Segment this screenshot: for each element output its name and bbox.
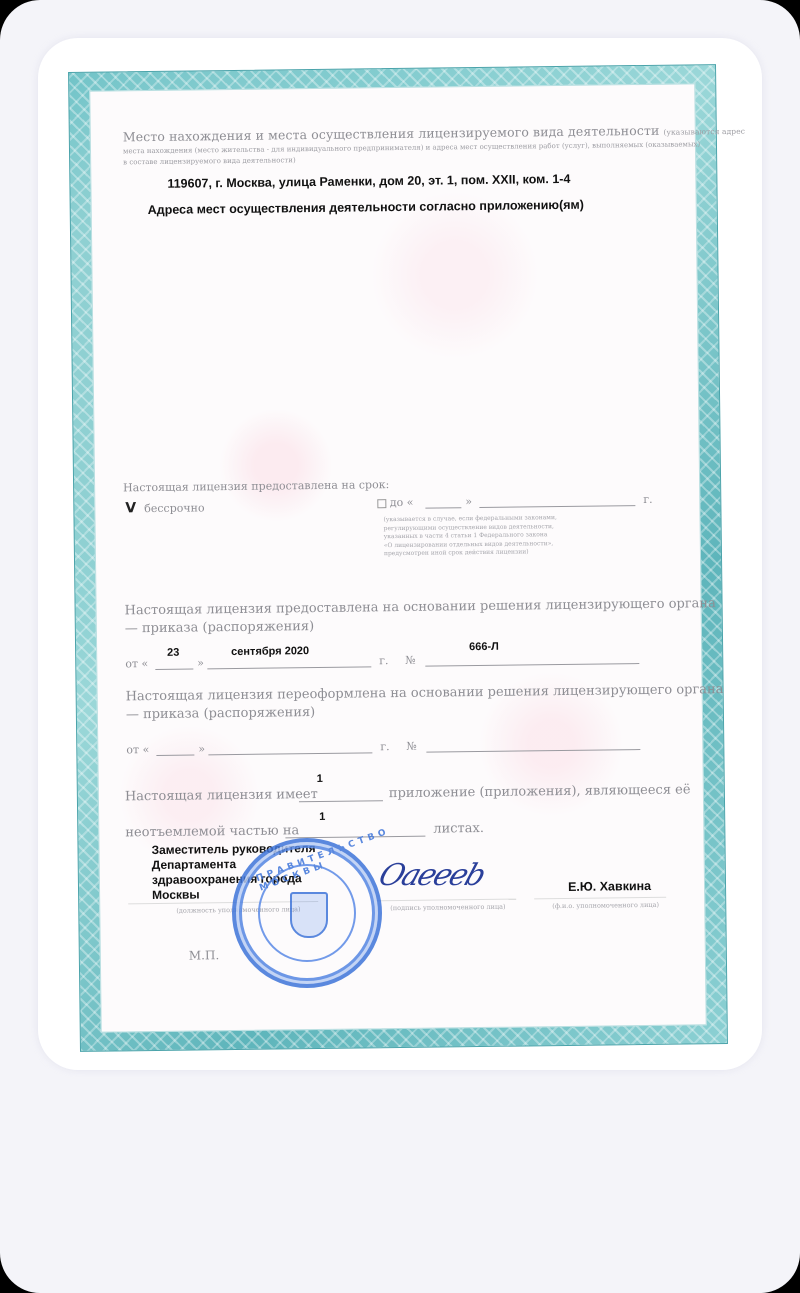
appendix-text-after: приложение (приложения), являющееся её bbox=[389, 782, 691, 801]
reissued-from-label: от « bbox=[126, 743, 149, 756]
reissued-text-line-1: Настоящая лицензия переоформлена на осно… bbox=[126, 682, 724, 704]
term-indefinite-option: V бессрочно bbox=[125, 498, 204, 517]
granted-day: 23 bbox=[167, 647, 179, 659]
seal-label: М.П. bbox=[189, 948, 220, 962]
caption-name: (ф.и.о. уполномоченного лица) bbox=[552, 901, 659, 910]
term-indefinite-label: бессрочно bbox=[144, 501, 205, 515]
signature: Oaeeeb bbox=[374, 858, 488, 893]
granted-month-line bbox=[207, 666, 371, 669]
granted-day-line bbox=[155, 669, 193, 670]
granted-from-label: от « bbox=[125, 657, 148, 670]
reissued-day-line bbox=[156, 755, 194, 756]
reissued-year-suffix: г. bbox=[380, 740, 389, 753]
signatory-name: Е.Ю. Хавкина bbox=[568, 879, 651, 894]
location-heading-note-3: в составе лицензируемого вида деятельнос… bbox=[123, 155, 296, 167]
reissued-text-line-2: — приказа (распоряжения) bbox=[126, 705, 315, 722]
term-until-day-line bbox=[425, 507, 461, 508]
activity-addresses-text: Адреса мест осуществления деятельности с… bbox=[148, 198, 584, 217]
appendix-count: 1 bbox=[317, 773, 323, 785]
reissued-month-line bbox=[208, 752, 372, 755]
name-line bbox=[534, 897, 666, 900]
granted-quote-close: » bbox=[197, 656, 204, 669]
term-until-label: до « bbox=[390, 496, 414, 509]
appendix-text-before: Настоящая лицензия имеет bbox=[125, 787, 318, 804]
reissued-number-label: № bbox=[406, 740, 417, 753]
granted-number-line bbox=[425, 663, 639, 667]
address-text: 119607, г. Москва, улица Раменки, дом 20… bbox=[167, 172, 570, 191]
term-until-note: (указывается в случае, если федеральными… bbox=[383, 514, 557, 559]
appendix-sheets-before: неотъемлемой частью на bbox=[125, 823, 299, 840]
term-until-date-line bbox=[479, 505, 635, 508]
granted-text-line-2: — приказа (распоряжения) bbox=[125, 619, 314, 636]
granted-month-year: сентября 2020 bbox=[231, 645, 309, 658]
granted-number: 666-Л bbox=[469, 641, 499, 653]
granted-text-line-1: Настоящая лицензия предоставлена на осно… bbox=[125, 596, 716, 618]
caption-signature: (подпись уполномоченного лица) bbox=[390, 903, 505, 912]
screen: Место нахождения и места осуществления л… bbox=[0, 0, 800, 1293]
term-until-year-suffix: г. bbox=[643, 493, 652, 506]
location-heading-note: (указываются адрес bbox=[663, 127, 745, 137]
appendix-count-line bbox=[299, 800, 383, 802]
appendix-sheets: 1 bbox=[319, 811, 325, 823]
reissued-number-line bbox=[426, 749, 640, 753]
checkmark-icon: V bbox=[125, 500, 136, 516]
term-until-quote: » bbox=[465, 495, 472, 508]
reissued-quote-close: » bbox=[198, 742, 205, 755]
granted-number-label: № bbox=[405, 654, 416, 667]
term-label: Настоящая лицензия предоставлена на срок… bbox=[123, 478, 389, 494]
checkbox-empty-icon bbox=[377, 499, 386, 508]
term-note-line: предусмотрен иной срок действия лицензии… bbox=[384, 548, 557, 559]
appendix-sheets-after: листах. bbox=[433, 821, 484, 837]
signature-line bbox=[376, 899, 516, 902]
license-border-frame: Место нахождения и места осуществления л… bbox=[68, 64, 728, 1052]
granted-year-suffix: г. bbox=[379, 654, 388, 667]
coat-of-arms-icon bbox=[290, 892, 328, 938]
term-until-option: до « bbox=[377, 496, 413, 509]
official-stamp: ПРАВИТЕЛЬСТВО МОСКВЫ bbox=[232, 838, 382, 988]
